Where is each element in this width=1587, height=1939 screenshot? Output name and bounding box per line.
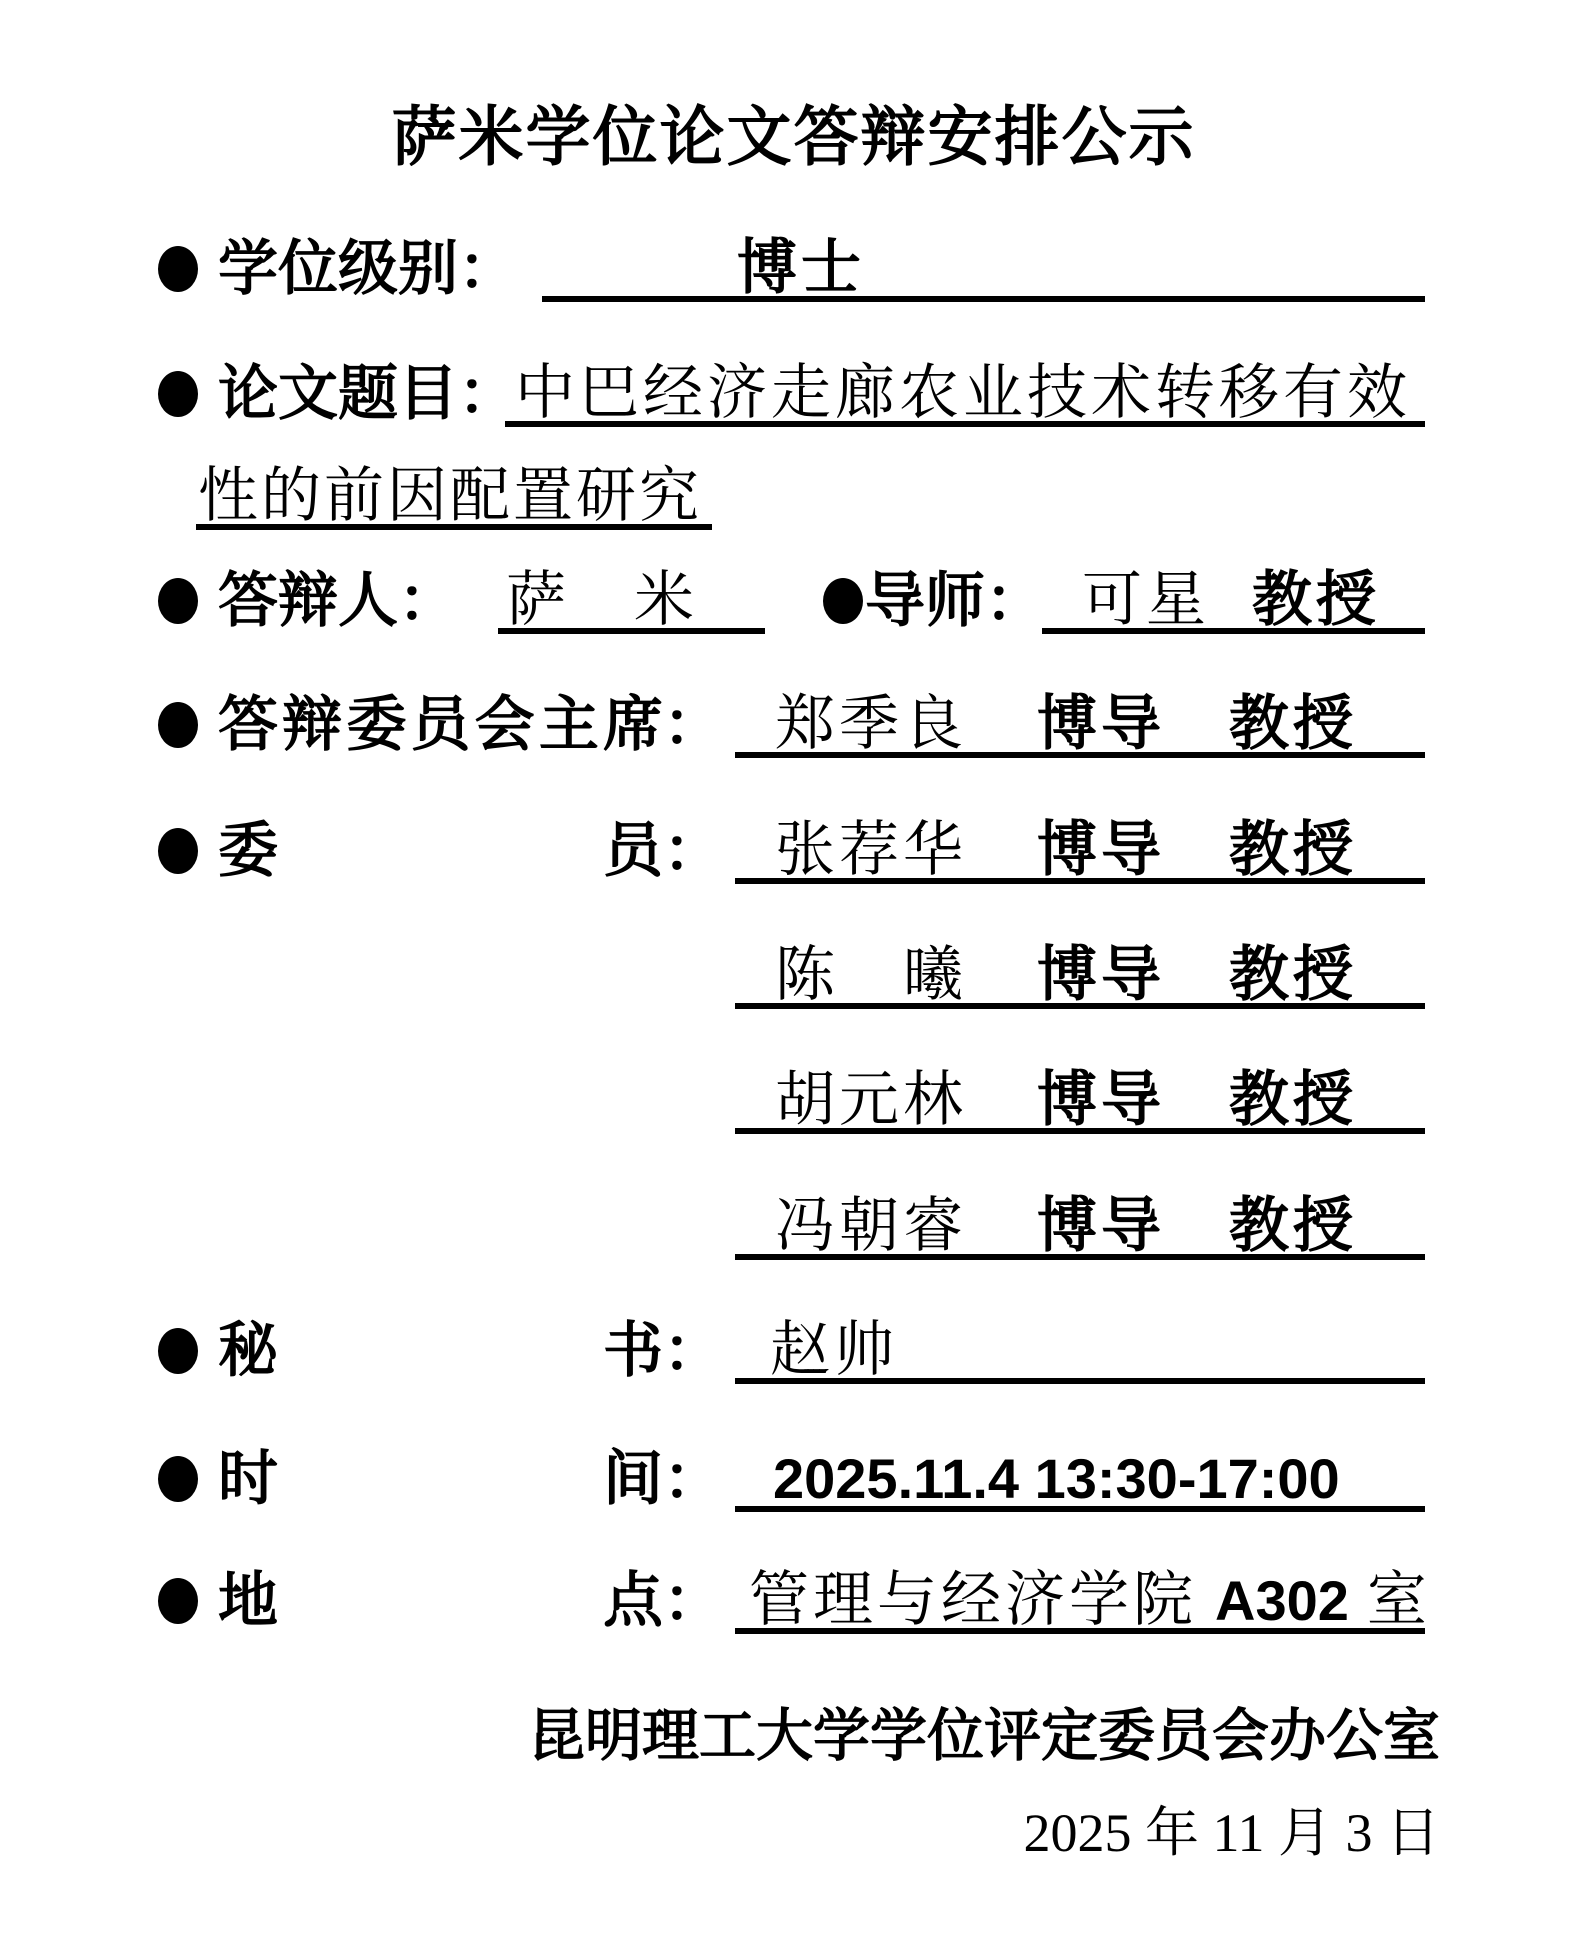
row-committee-member-2: 陈 曦博导 教授 bbox=[0, 945, 1587, 1015]
chair-title: 博导 教授 bbox=[1037, 691, 1357, 757]
committee-member-value: 冯朝睿博导 教授 bbox=[735, 1196, 1425, 1260]
degree-level-label: 学位级别： bbox=[218, 238, 518, 300]
label-colon: ： bbox=[663, 1568, 723, 1634]
bullet-icon bbox=[158, 702, 198, 748]
degree-level-value: 博士 bbox=[542, 238, 1425, 302]
bullet-icon bbox=[158, 1456, 198, 1502]
member-title: 博导 教授 bbox=[1037, 817, 1357, 883]
label-colon: ： bbox=[663, 1318, 723, 1384]
member-name: 陈 曦 bbox=[775, 942, 967, 1008]
bullet-icon bbox=[158, 1328, 198, 1374]
committee-member-value: 陈 曦博导 教授 bbox=[735, 945, 1425, 1009]
row-committee-member-4: 冯朝睿博导 教授 bbox=[0, 1196, 1587, 1266]
row-secretary: 秘书： 赵帅 bbox=[0, 1320, 1587, 1390]
committee-member-value: 胡元林博导 教授 bbox=[735, 1070, 1425, 1134]
place-room: A302 bbox=[1215, 1569, 1349, 1632]
bullet-icon bbox=[823, 578, 863, 624]
bullet-icon bbox=[158, 246, 198, 292]
candidate-label: 答辩人： bbox=[218, 570, 458, 632]
row-candidate-supervisor: 答辩人： 萨 米 导师： 可星教授 bbox=[0, 570, 1587, 640]
committee-chair-value: 郑季良博导 教授 bbox=[735, 694, 1425, 758]
supervisor-title: 教授 bbox=[1252, 567, 1380, 633]
committee-member-value: 张荐华博导 教授 bbox=[735, 820, 1425, 884]
committee-chair-label: 答辩委员会主席： bbox=[218, 694, 723, 756]
committee-members-label: 委员： bbox=[218, 820, 723, 882]
member-title: 博导 教授 bbox=[1037, 1067, 1357, 1133]
defense-announcement-page: 萨米学位论文答辩安排公示 学位级别： 博士 论文题目： 中巴经济走廊农业技术转移… bbox=[0, 0, 1587, 1939]
supervisor-label: 导师： bbox=[865, 570, 1045, 632]
chair-name: 郑季良 bbox=[775, 691, 967, 757]
place-suffix: 室 bbox=[1367, 1567, 1431, 1633]
row-committee-chair: 答辩委员会主席： 郑季良博导 教授 bbox=[0, 694, 1587, 764]
supervisor-value: 可星教授 bbox=[1042, 570, 1425, 634]
page-title: 萨米学位论文答辩安排公示 bbox=[0, 84, 1587, 178]
row-place: 地点： 管理与经济学院A302室 bbox=[0, 1570, 1587, 1640]
label-colon: ： bbox=[663, 1446, 723, 1512]
time-value: 2025.11.4 13:30-17:00 bbox=[735, 1448, 1425, 1512]
issue-date: 2025 年 11 月 3 日 bbox=[1024, 1790, 1441, 1867]
bullet-icon bbox=[158, 371, 198, 417]
thesis-title-value-line1: 中巴经济走廊农业技术转移有效 bbox=[505, 363, 1425, 427]
row-committee-member-3: 胡元林博导 教授 bbox=[0, 1070, 1587, 1140]
secretary-label: 秘书： bbox=[218, 1320, 723, 1382]
member-name: 张荐华 bbox=[775, 817, 967, 883]
time-label: 时间： bbox=[218, 1448, 723, 1510]
member-name: 冯朝睿 bbox=[775, 1193, 967, 1259]
issuing-office: 昆明理工大学学位评定委员会办公室 bbox=[528, 1690, 1440, 1772]
row-thesis-title-cont: 性的前因配置研究 bbox=[0, 466, 1587, 536]
label-colon: ： bbox=[663, 692, 723, 758]
thesis-title-label: 论文题目： bbox=[218, 363, 518, 425]
bullet-icon bbox=[158, 578, 198, 624]
supervisor-name: 可星 bbox=[1082, 567, 1210, 633]
place-value: 管理与经济学院A302室 bbox=[735, 1570, 1425, 1634]
row-thesis-title: 论文题目： 中巴经济走廊农业技术转移有效 bbox=[0, 363, 1587, 433]
bullet-icon bbox=[158, 1578, 198, 1624]
row-degree-level: 学位级别： 博士 bbox=[0, 238, 1587, 308]
bullet-icon bbox=[158, 828, 198, 874]
place-label: 地点： bbox=[218, 1570, 723, 1632]
row-time: 时间： 2025.11.4 13:30-17:00 bbox=[0, 1448, 1587, 1518]
secretary-value: 赵帅 bbox=[735, 1320, 1425, 1384]
member-title: 博导 教授 bbox=[1037, 942, 1357, 1008]
row-committee-member-1: 委员： 张荐华博导 教授 bbox=[0, 820, 1587, 890]
label-colon: ： bbox=[663, 818, 723, 884]
candidate-value: 萨 米 bbox=[498, 570, 765, 634]
thesis-title-value-line2: 性的前因配置研究 bbox=[196, 466, 712, 530]
member-title: 博导 教授 bbox=[1037, 1193, 1357, 1259]
member-name: 胡元林 bbox=[775, 1067, 967, 1133]
place-prefix: 管理与经济学院 bbox=[749, 1567, 1197, 1633]
